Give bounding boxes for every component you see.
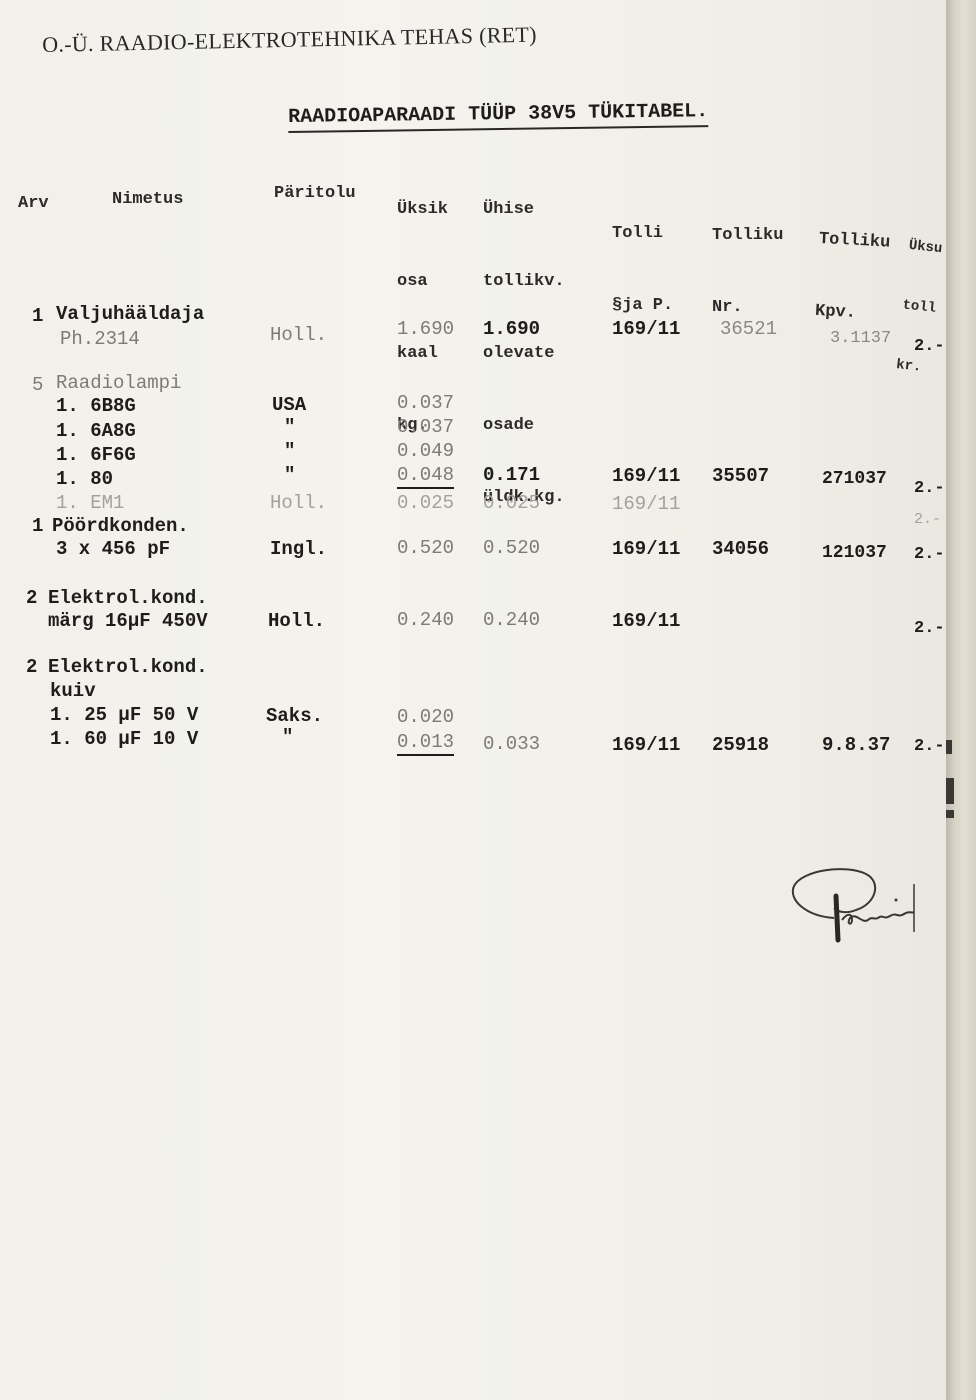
- row-paritolu: Holl.: [268, 612, 325, 631]
- row-nr: 34056: [712, 540, 769, 559]
- row-paritolu: Holl.: [270, 326, 327, 345]
- header-line: kr.: [895, 355, 931, 378]
- header-line: Tolliku: [712, 224, 783, 248]
- edge-mark: [946, 740, 952, 754]
- row-kpv: 121037: [822, 544, 887, 562]
- row-uksik: 0.240: [397, 611, 454, 630]
- row-uhise: 1.690: [483, 320, 540, 339]
- row-arv: 1: [32, 517, 43, 536]
- row-nimetus: Valjuhääldaja: [56, 305, 204, 324]
- header-line: tollikv.: [483, 270, 565, 294]
- row-subitem: 1. 6B8G: [56, 397, 136, 416]
- row-kr: 2.-: [914, 620, 945, 637]
- document-title: RAADIOAPARAADI TÜÜP 38V5 TÜKITABEL.: [288, 102, 708, 133]
- row-uhise: 0.520: [483, 539, 540, 558]
- row-paritolu: ": [284, 418, 295, 437]
- edge-mark: [946, 810, 954, 818]
- row-uhise: 0.033: [483, 735, 540, 754]
- row-kr: 2.-: [914, 738, 945, 755]
- row-kr: 2.-: [914, 512, 941, 527]
- row-uhise: 0.025: [483, 494, 540, 513]
- header-line: Tolli: [612, 222, 673, 246]
- adjacent-page-edge: [946, 0, 976, 1400]
- row-subitem: 1. EM1: [56, 494, 124, 513]
- row-kpv: 3.1137: [830, 330, 891, 347]
- header-line: toll: [901, 295, 937, 318]
- row-arv: 2: [26, 589, 37, 608]
- row-kpv: 9.8.37: [822, 736, 890, 755]
- row-nimetus: Raadiolampi: [56, 374, 181, 393]
- row-subitem: 1. 6A8G: [56, 422, 136, 441]
- row-subitem: Ph.2314: [60, 330, 140, 349]
- row-paritolu: USA: [272, 396, 306, 415]
- header-line: §ja P.: [612, 294, 673, 318]
- col-header-paritolu: Päritolu: [274, 182, 356, 206]
- row-subitem: 1. 60 µF 10 V: [50, 730, 198, 749]
- row-arv: 5: [32, 376, 43, 395]
- row-subitem: 1. 80: [56, 470, 113, 489]
- row-tolli: 169/11: [612, 467, 680, 486]
- row-paritolu: Holl.: [270, 494, 327, 513]
- row-kr: 2.-: [914, 480, 945, 497]
- row-arv: 2: [26, 658, 37, 677]
- row-kr: 2.-: [914, 338, 945, 355]
- row-uksik: 0.025: [397, 494, 454, 513]
- header-line: Üksu: [908, 236, 944, 259]
- row-tolli: 169/11: [612, 540, 680, 559]
- row-uksik: 1.690: [397, 320, 454, 339]
- row-kr: 2.-: [914, 546, 945, 563]
- edge-mark: [946, 778, 954, 804]
- header-line: olevate: [483, 342, 565, 366]
- header-line: Tolliku: [818, 228, 891, 256]
- row-nr: 35507: [712, 467, 769, 486]
- header-line: Üksik: [397, 198, 448, 222]
- row-uksik: 0.520: [397, 539, 454, 558]
- row-kpv: 271037: [822, 470, 887, 488]
- row-tolli: 169/11: [612, 320, 680, 339]
- row-tolli: 169/11: [612, 736, 680, 755]
- row-paritolu: Ingl.: [270, 540, 327, 559]
- row-uksik: 0.020: [397, 708, 454, 727]
- col-header-nimetus: Nimetus: [112, 188, 183, 212]
- row-subitem: 1. 25 µF 50 V: [50, 706, 198, 725]
- header-line: osade: [483, 414, 565, 438]
- row-uhise: 0.171: [483, 466, 540, 485]
- row-paritolu: ": [282, 728, 293, 747]
- row-uksik: 0.013: [397, 733, 454, 756]
- col-header-uksus: Üksu toll kr.: [891, 196, 947, 418]
- row-nimetus: Pöördkonden.: [52, 517, 189, 536]
- row-uksik: 0.049: [397, 442, 454, 461]
- row-uhise: 0.240: [483, 611, 540, 630]
- row-nr: 36521: [720, 320, 777, 339]
- row-uksik: 0.037: [397, 418, 454, 437]
- row-tolli: 169/11: [612, 612, 680, 631]
- row-arv: 1: [32, 307, 43, 326]
- row-nr: 25918: [712, 736, 769, 755]
- header-line: kaal: [397, 342, 448, 366]
- header-line: Nr.: [712, 296, 783, 320]
- row-uksik: 0.048: [397, 466, 454, 489]
- company-header: O.-Ü. RAADIO-ELEKTROTEHNIKA TEHAS (RET): [42, 24, 537, 56]
- row-subitem: kuiv: [50, 682, 96, 701]
- row-subitem: 1. 6F6G: [56, 446, 136, 465]
- row-paritolu: Saks.: [266, 707, 323, 726]
- document-page: O.-Ü. RAADIO-ELEKTROTEHNIKA TEHAS (RET) …: [0, 0, 946, 1400]
- row-nimetus: Elektrol.kond.: [48, 589, 208, 608]
- col-header-arv: Arv: [18, 192, 49, 216]
- signature-icon: [786, 860, 946, 960]
- row-tolli: 169/11: [612, 495, 680, 514]
- row-subitem: 3 x 456 pF: [56, 540, 170, 559]
- header-line: osa: [397, 270, 448, 294]
- row-paritolu: ": [284, 442, 295, 461]
- row-nimetus: Elektrol.kond.: [48, 658, 208, 677]
- header-line: Kpv.: [814, 300, 887, 328]
- row-subitem: märg 16µF 450V: [48, 612, 208, 631]
- row-uksik: 0.037: [397, 394, 454, 413]
- header-line: Ühise: [483, 198, 565, 222]
- row-paritolu: ": [284, 466, 295, 485]
